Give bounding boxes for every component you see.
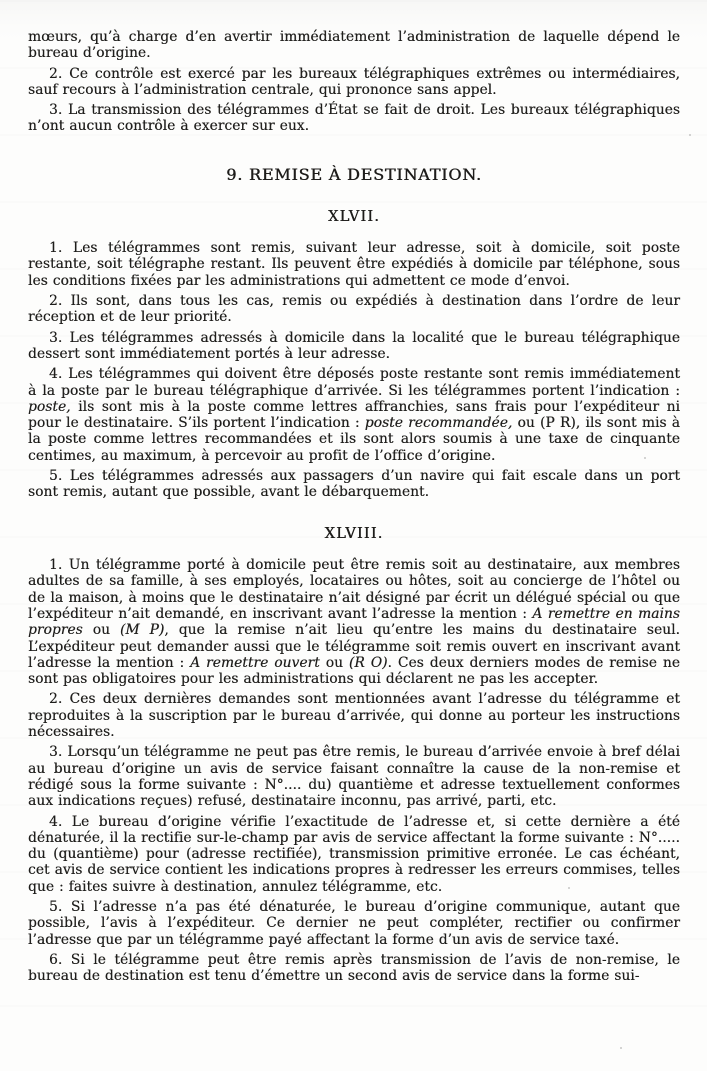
text-run: 5. Les télégrammes adressés aux passager… bbox=[28, 468, 680, 500]
paragraph: 6. Si le télégramme peut être remis aprè… bbox=[28, 952, 680, 985]
text-run: mœurs, qu’à charge d’en avertir immédiat… bbox=[28, 29, 680, 61]
text-run: 4. Les télégrammes qui doivent être dépo… bbox=[28, 366, 680, 398]
article-xlvii: XLVII. 1. Les télégrammes sont remis, su… bbox=[28, 209, 680, 501]
article-body-xlviii: 1. Un télégramme porté à domicile peut ê… bbox=[28, 557, 680, 984]
paragraph: 3. La transmission des télégrammes d’Éta… bbox=[28, 102, 680, 135]
scan-speck bbox=[620, 1047, 622, 1049]
document-page: mœurs, qu’à charge d’en avertir immédiat… bbox=[0, 0, 707, 1071]
scan-speck bbox=[689, 134, 691, 136]
paragraph: 4. Les télégrammes qui doivent être dépo… bbox=[28, 366, 680, 464]
text-run: ou bbox=[83, 622, 120, 638]
paragraph: 2. Ces deux dernières demandes sont ment… bbox=[28, 691, 680, 740]
scan-speck bbox=[568, 887, 570, 889]
paragraph: 2. Ils sont, dans tous les cas, remis ou… bbox=[28, 293, 680, 326]
italic-text: (M P) bbox=[120, 622, 164, 638]
paragraph: 1. Un télégramme porté à domicile peut ê… bbox=[28, 557, 680, 687]
text-run: 3. Lorsqu’un télégramme ne peut pas être… bbox=[28, 744, 680, 809]
text-run: 3. Les télégrammes adressés à domicile d… bbox=[28, 330, 680, 362]
italic-text: A remettre ouvert bbox=[190, 655, 320, 671]
text-run: 6. Si le télégramme peut être remis aprè… bbox=[28, 952, 680, 984]
paragraph: 1. Les télégrammes sont remis, suivant l… bbox=[28, 240, 680, 289]
section-title: 9. REMISE À DESTINATION. bbox=[28, 165, 680, 184]
article-heading-xlviii: XLVIII. bbox=[28, 526, 680, 543]
intro-section: mœurs, qu’à charge d’en avertir immédiat… bbox=[28, 29, 680, 135]
italic-text: poste recommandée, bbox=[365, 415, 513, 431]
text-run: ou bbox=[320, 655, 349, 671]
text-run: 2. Ces deux dernières demandes sont ment… bbox=[28, 691, 680, 740]
paragraph: 3. Les télégrammes adressés à domicile d… bbox=[28, 330, 680, 363]
italic-text: poste, bbox=[28, 399, 71, 415]
paragraph: 2. Ce contrôle est exercé par les bureau… bbox=[28, 66, 680, 99]
paragraph: 5. Les télégrammes adressés aux passager… bbox=[28, 468, 680, 501]
paragraph: 3. Lorsqu’un télégramme ne peut pas être… bbox=[28, 744, 680, 809]
article-heading-xlvii: XLVII. bbox=[28, 209, 680, 226]
scan-speck bbox=[644, 457, 646, 459]
text-run: 1. Les télégrammes sont remis, suivant l… bbox=[28, 240, 680, 289]
article-body-xlvii: 1. Les télégrammes sont remis, suivant l… bbox=[28, 240, 680, 500]
text-run: 2. Ils sont, dans tous les cas, remis ou… bbox=[28, 293, 680, 325]
text-run: 2. Ce contrôle est exercé par les bureau… bbox=[28, 66, 680, 98]
paragraph: 4. Le bureau d’origine vérifie l’exactit… bbox=[28, 814, 680, 895]
text-run: 3. La transmission des télégrammes d’Éta… bbox=[28, 102, 680, 134]
article-xlviii: XLVIII. 1. Un télégramme porté à domicil… bbox=[28, 526, 680, 985]
text-run: 4. Le bureau d’origine vérifie l’exactit… bbox=[28, 814, 680, 895]
text-run: 5. Si l’adresse n’a pas été dénaturée, l… bbox=[28, 899, 680, 948]
paragraph: 5. Si l’adresse n’a pas été dénaturée, l… bbox=[28, 899, 680, 948]
paragraph: mœurs, qu’à charge d’en avertir immédiat… bbox=[28, 29, 680, 62]
italic-text: (R O) bbox=[349, 655, 388, 671]
